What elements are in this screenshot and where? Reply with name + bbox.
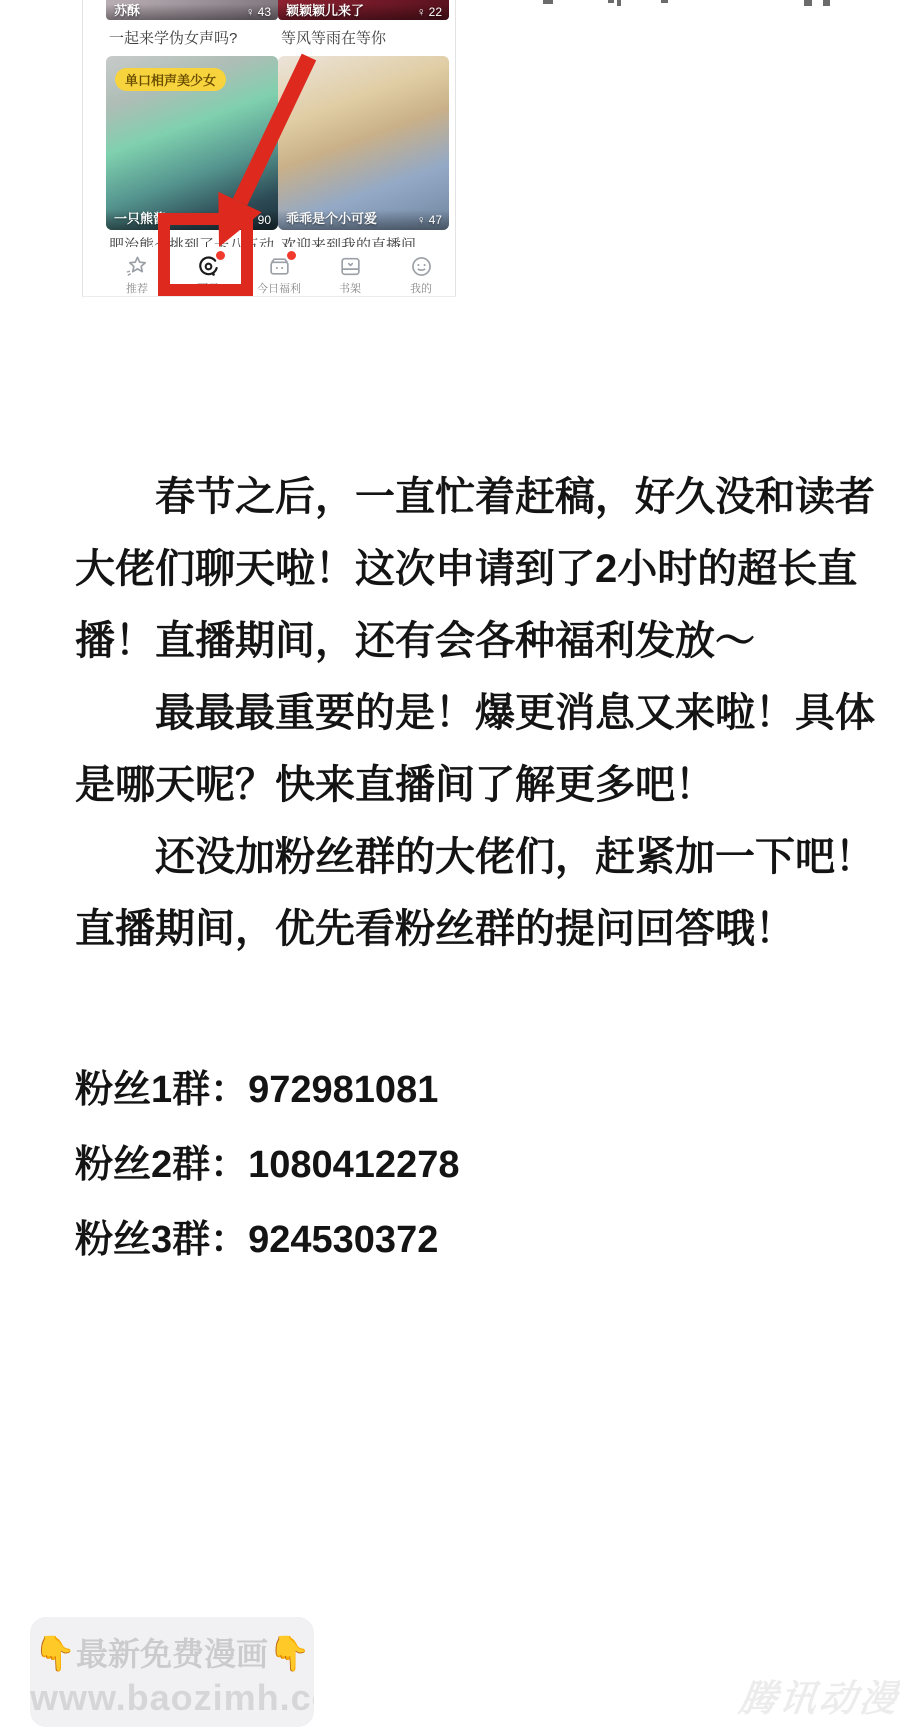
tab-item-daily-welfare[interactable]: 今日福利 (251, 254, 307, 296)
announcement-line: 还没加粉丝群的大佬们，赶紧加一下吧！ (75, 821, 835, 893)
bookshelf-icon (338, 254, 363, 279)
category-badge: 单口相声美少女 (115, 68, 226, 91)
viewers-icon: ♀ (417, 213, 426, 227)
announcement-line: 直播期间，优先看粉丝群的提问回答哦！ (75, 893, 835, 965)
announcement-line: 最最最重要的是！爆更消息又来啦！具体 (75, 677, 835, 749)
page-top-artifact (823, 0, 830, 6)
fan-group-2: 粉丝2群：1080412278 (75, 1128, 459, 1203)
fan-group-3: 粉丝3群：924530372 (75, 1203, 459, 1278)
notification-dot (287, 251, 296, 260)
site-watermark: 👇最新免费漫画👇 www.baozimh.com (30, 1617, 314, 1727)
announcement-line: 大佬们聊天啦！这次申请到了2小时的超长直 (75, 533, 835, 605)
live-card-caption: 欢迎来到我的直播间 (278, 230, 449, 247)
announcement-text: 春节之后，一直忙着赶稿，好久没和读者 大佬们聊天啦！这次申请到了2小时的超长直 … (75, 461, 835, 965)
star-icon (125, 254, 150, 279)
tab-label: 推荐 (126, 280, 148, 296)
watermark-slogan: 最新免费漫画 (76, 1636, 268, 1672)
fan-group-1: 粉丝1群：972981081 (75, 1053, 459, 1128)
viewer-count: 43 (258, 5, 271, 19)
live-card[interactable]: 乖乖是个小可爱 ♀47 欢迎来到我的直播间 (278, 56, 449, 247)
live-card-thumbnail: 乖乖是个小可爱 ♀47 (278, 56, 449, 230)
viewer-count: 90 (258, 213, 271, 227)
gift-box-icon (267, 254, 292, 279)
announcement-line: 春节之后，一直忙着赶稿，好久没和读者 (75, 461, 835, 533)
tab-label: 今日福利 (257, 280, 301, 296)
page-top-artifact (617, 0, 621, 6)
tab-item-recommend[interactable]: 推荐 (109, 254, 165, 296)
announcement-line: 是哪天呢？快来直播间了解更多吧！ (75, 749, 835, 821)
tab-label: 我的 (410, 280, 432, 296)
viewers-icon: ♀ (246, 5, 255, 19)
app-tab-bar: 推荐 画子 今日福利 书架 (83, 252, 455, 296)
viewer-count: 22 (429, 5, 442, 19)
smiley-face-icon (409, 254, 434, 279)
announcement-line: 播！直播期间，还有会各种福利发放～ (75, 605, 835, 677)
live-card[interactable]: 苏酥 ♀43 一起来学伪女声吗? (106, 0, 278, 48)
fan-group-list: 粉丝1群：972981081 粉丝2群：1080412278 粉丝3群：9245… (75, 1053, 459, 1278)
streamer-name: 乖乖是个小可爱 (286, 208, 377, 227)
streamer-name: 颖颖颖儿来了 (286, 0, 364, 19)
page-top-artifact (608, 0, 614, 3)
live-card-caption: 等风等雨在等你 (278, 20, 449, 48)
highlight-rectangle (158, 213, 253, 296)
page-top-artifact (804, 0, 812, 6)
point-down-emoji: 👇 (268, 1635, 310, 1673)
tencent-anime-watermark: 腾讯动漫 (736, 1668, 900, 1722)
live-card-caption: 一起来学伪女声吗? (106, 20, 278, 48)
live-card[interactable]: 颖颖颖儿来了 ♀22 等风等雨在等你 (278, 0, 449, 48)
app-screenshot: 苏酥 ♀43 一起来学伪女声吗? 颖颖颖儿来了 ♀22 等风等雨在等你 (82, 0, 456, 297)
page-top-artifact (543, 0, 553, 4)
tab-item-mine[interactable]: 我的 (393, 254, 449, 296)
live-card-thumbnail: 苏酥 ♀43 (106, 0, 278, 20)
comic-announcement-page: 苏酥 ♀43 一起来学伪女声吗? 颖颖颖儿来了 ♀22 等风等雨在等你 (0, 0, 900, 1727)
tab-label: 书架 (339, 280, 361, 296)
point-down-emoji: 👇 (34, 1635, 76, 1673)
watermark-url: www.baozimh.com (30, 1677, 314, 1719)
viewers-icon: ♀ (417, 5, 426, 19)
page-top-artifact (661, 0, 668, 3)
viewer-count: 47 (429, 213, 442, 227)
streamer-name: 苏酥 (114, 0, 140, 19)
live-card-thumbnail: 颖颖颖儿来了 ♀22 (278, 0, 449, 20)
live-card-thumbnail: 单口相声美少女 一只熊酱 ♀90 (106, 56, 278, 230)
tab-item-bookshelf[interactable]: 书架 (322, 254, 378, 296)
